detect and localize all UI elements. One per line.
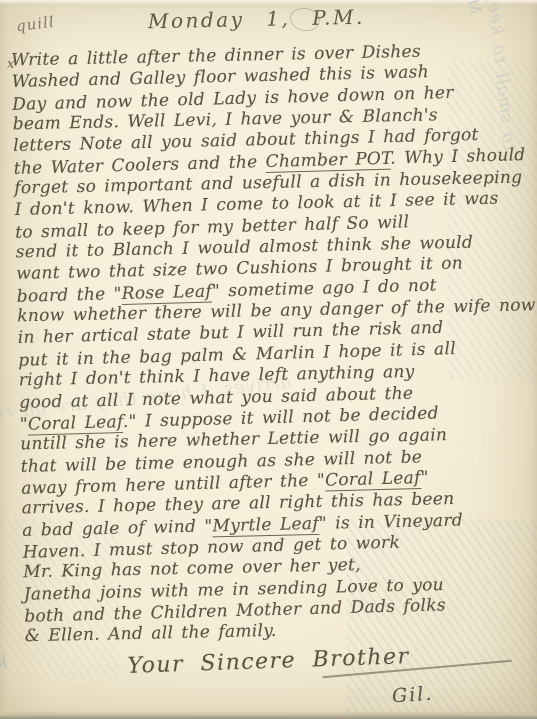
underlined-phrase: Rose Leaf [122,281,213,304]
bleedthrough-line: Mr. King has not come over her yet, [403,0,485,16]
underlined-phrase: Chamber POT [265,148,390,172]
underlined-phrase: Coral Leaf [325,468,421,492]
letter-body: Write a little after the dinner is over … [11,39,537,649]
underlined-phrase: Myrtle Leaf [212,513,319,537]
letter-page: Mr. King has not come over her yet, to s… [0,0,537,719]
letter-dateline: Monday 1, P.M. [148,5,365,34]
letter-signature: Gil. [391,683,434,708]
